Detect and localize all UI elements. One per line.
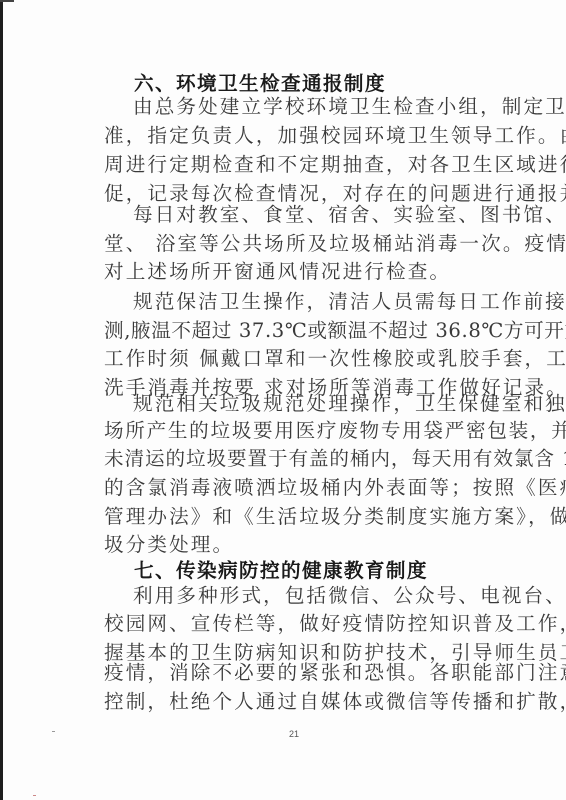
paragraph-line: 控制，杜绝个人通过自媒体或微信等传播和扩散，重大公共 (104, 687, 504, 716)
paragraph-line: 堂、 浴室等公共场所及垃圾桶站消毒一次。疫情期间每日 (104, 229, 504, 258)
paragraph-line: 准，指定负责人，加强校园环境卫生领导工作。由总务处每 (104, 121, 504, 150)
paragraph-line: 工作时须 佩戴口罩和一次性橡胶或乳胶手套，工作结束后 (104, 344, 504, 373)
paragraph-line: 疫情，消除不必要的紧张和恐惧。各职能部门注意做好舆情 (104, 658, 504, 687)
paragraph-line: 每日对教室、食堂、宿舍、实验室、图书馆、厕所、礼 (133, 200, 533, 229)
paragraph-line: 利用多种形式，包括微信、公众号、电视台、广播站、 (133, 581, 533, 610)
paragraph-line: 圾分类处理。 (104, 530, 504, 559)
paragraph-line: 校园网、宣传栏等，做好疫情防控知识普及工作，让学生掌 (104, 609, 504, 638)
scan-border-top (0, 0, 14, 2)
scan-border-left (0, 0, 3, 800)
paragraph-line: 测,腋温不超过 37.3℃或额温不超过 36.8℃方可开始工作。 (104, 316, 504, 345)
paragraph-line: 规范相关垃圾规范处理操作，卫生保健室和独立的隔离 (133, 389, 533, 418)
page-number: 21 (289, 729, 299, 739)
scan-speck (52, 731, 55, 732)
paragraph-line: 管理办法》和《生活垃圾分类制度实施方案》，做好不同垃 (104, 502, 504, 531)
paragraph-line: 场所产生的垃圾要用医疗废物专用袋严密包装，并及时清运。 (104, 416, 504, 445)
paragraph-line: 由总务处建立学校环境卫生检查小组，制定卫生检查标 (133, 92, 533, 121)
paragraph-line: 对上述场所开窗通风情况进行检查。 (104, 257, 504, 286)
scan-speck (33, 795, 36, 796)
paragraph-line: 周进行定期检查和不定期抽查，对各卫生区域进行检查和督 (104, 150, 504, 179)
paragraph-line: 的含氯消毒液喷洒垃圾桶内外表面等；按照《医疗废物垃圾 (104, 473, 504, 502)
paragraph-line: 规范保洁卫生操作，清洁人员需每日工作前接受体温检 (133, 287, 533, 316)
document-page: 六、环境卫生检查通报制度 由总务处建立学校环境卫生检查小组，制定卫生检查标 准，… (0, 0, 566, 800)
paragraph-line: 未清运的垃圾要置于有盖的桶内，每天用有效氯含 1000mg/L (104, 444, 504, 473)
